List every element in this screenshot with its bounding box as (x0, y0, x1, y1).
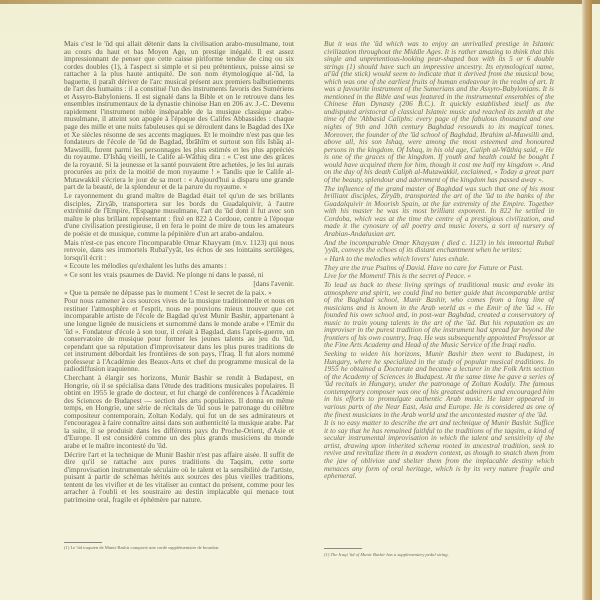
english-column: But it was the 'ūd which was to enjoy an… (324, 40, 554, 481)
fr-paragraph-2: Le rayonnement du grand maître de Bagdad… (64, 192, 294, 237)
fr-paragraph-3: Mais n'est-ce pas encore l'incomparable … (64, 239, 294, 262)
fr-verse-line-2: « Ce sont les vrais psaumes de David. Ne… (64, 271, 294, 279)
fr-verse-line-3: [dans l'avenir. (64, 280, 294, 288)
fr-footnote-rule (64, 542, 102, 543)
page-right-edge (582, 0, 592, 600)
en-footnote: (1) The Iraqi 'ūd of Munir Bashir has a … (324, 552, 449, 558)
fr-paragraph-6: Décrire l'art et la technique de Munir B… (64, 451, 294, 504)
en-paragraph-4: To lead us back to these living springs … (324, 281, 554, 349)
fr-footnote: (1) Le 'ūd iraquien de Munir Bashir comp… (64, 545, 219, 551)
fr-verse-line-4: « Que ta pensée ne dépasse pas le moment… (64, 289, 294, 297)
en-verse-line-1: « Hark to the melodies which lovers' lut… (324, 255, 554, 263)
en-footnote-rule (324, 548, 362, 549)
fr-verse-line-1: « Ecoute les mélodies qu'exhalent les lu… (64, 262, 294, 270)
scanned-page: Mais c'est le 'ūd qui allait détenir dan… (0, 0, 592, 600)
fr-verse: « Ecoute les mélodies qu'exhalent les lu… (64, 262, 294, 296)
en-paragraph-3: And the incomparable Omar Khayyam ( died… (324, 239, 554, 254)
en-paragraph-1: But it was the 'ūd which was to enjoy an… (324, 40, 554, 183)
en-paragraph-2: The influence of the grand master of Bag… (324, 185, 554, 238)
french-column: Mais c'est le 'ūd qui allait détenir dan… (64, 40, 294, 505)
en-verse-line-2: They are the true Psalms of David. Have … (324, 264, 554, 272)
en-verse-line-3: Live for the Moment! This is the secret … (324, 272, 554, 280)
en-verse: « Hark to the melodies which lovers' lut… (324, 255, 554, 280)
en-paragraph-6: It is no easy matter to describe the art… (324, 419, 554, 479)
fr-paragraph-5: Cherchant à élargir ses horizons, Munir … (64, 374, 294, 449)
fr-paragraph-4: Pour nous ramener à ces sources vives de… (64, 297, 294, 372)
page-top-edge (0, 0, 600, 4)
en-paragraph-5: Seeking to widen his horizons, Munir Bas… (324, 350, 554, 418)
fr-paragraph-1: Mais c'est le 'ūd qui allait détenir dan… (64, 40, 294, 191)
